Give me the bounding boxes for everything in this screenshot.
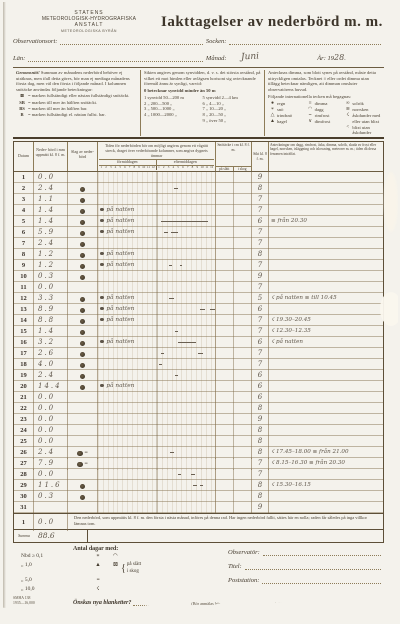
snow-flat-cell [216,260,234,271]
precipitation-cell: 2.4 [34,238,68,249]
instructions-block: Genomsnitt! Summan av månadens nederbörd… [13,67,384,139]
precip-type-cell [68,480,98,491]
time-grid-cell: på natten [98,205,216,216]
titel-blank [245,562,381,570]
snow-forest-cell [234,271,252,282]
remarks-cell [269,260,383,271]
time-grid-cell [98,436,216,447]
time-grid-cell: på natten [98,249,216,260]
tally-symbol-icon: ▲ [83,561,113,577]
snow-code-text: = marken fullständigt eller nästan fulls… [28,93,129,99]
agency-block: STATENS METEOROLOGISK-HYDROGRAFISKA ANST… [29,10,149,33]
snow-forest-cell [234,304,252,315]
table-row: 220.08 [14,403,383,414]
snow-flat-cell [216,205,234,216]
visibility-cell: 6 [252,337,269,348]
time-mark [161,353,164,354]
time-grid-cell [98,282,216,293]
precip-type-cell [68,348,98,359]
time-title: Tiden för nederbörden bör om möjligt ang… [99,143,214,159]
snow-cover-cell [216,260,252,271]
snow-flat-cell [216,337,234,348]
rain-symbol-icon [80,363,86,369]
weather-symbol-icon: < [343,125,352,136]
snow-code-item: ⊠= marken fullständigt eller nästan full… [16,93,137,99]
visibility-cell: 8 [252,480,269,491]
remarks-cell [269,502,383,513]
precipitation-cell [34,502,68,513]
remarks-cell: ☇ 19.30–20.45 [269,315,383,326]
date-cell: 13 [14,304,34,315]
remarks-cell [269,205,383,216]
snow-cover-cell [216,315,252,326]
precip-type-cell [68,238,98,249]
manad-handwritten: Juni [240,52,259,63]
remarks-cell [269,183,383,194]
table-row: 72.47 [14,238,383,249]
remarks-cell [269,227,383,238]
rain-symbol-icon [80,264,86,270]
table-row: 10.09 [14,172,383,183]
night-note: på natten [100,205,134,216]
table-row: 280.07 [14,469,383,480]
snow-forest-cell [234,238,252,249]
snow-code-item: SB= marken till mer än hälften snötäckt. [16,100,137,106]
tally-symbol-icon: ☇ [83,585,113,594]
table-row: 300.38 [14,491,383,502]
snow-flat-cell [216,304,234,315]
snow-flat-label: på slätt [127,561,141,569]
next-month-row: 1 0.0 Den nederbörd, som uppmätts kl. 8 … [14,513,383,530]
rain-symbol-icon [80,253,86,259]
table-row: 250.08 [14,436,383,447]
snow-forest-cell [234,469,252,480]
table-row: 184.07 [14,359,383,370]
rain-symbol-icon [80,385,86,391]
precipitation-cell: 0.0 [34,436,68,447]
table-row: 2911.68☇ 15.30–16.15 [14,480,383,491]
time-mark [164,232,168,233]
table-row: 22.48 [14,183,383,194]
precip-type-cell [68,436,98,447]
snow-flat-cell [216,315,234,326]
remarks-cell: ≡ från 20.30 [269,216,383,227]
precip-type-cell [68,194,98,205]
time-grid-cell: på natten [98,315,216,326]
precipitation-cell: 3.2 [34,337,68,348]
snow-forest-cell [234,183,252,194]
visibility-zero-line: 0 betecknar synvidd mindre än 50 m [144,88,261,94]
time-grid-cell [98,172,216,183]
time-grid-cell [98,326,216,337]
titel-label: Titel: [228,563,242,570]
rain-symbol-icon [80,341,86,347]
col-time-header: Tiden för nederbörden bör om möjligt ang… [98,142,216,171]
snow-forest-cell [234,425,252,436]
instructions-lead: Genomsnitt! [16,70,40,75]
snow-cover-cell [216,392,252,403]
visibility-cell: 7 [252,238,269,249]
visibility-cell: 7 [252,359,269,370]
time-grid-cell [98,370,216,381]
time-grid-cell [98,392,216,403]
tally-extra: ⊠{på slätti skog [113,561,228,577]
rain-symbol-icon [80,231,86,237]
rain-symbol-icon [100,340,104,344]
night-note: på natten [100,216,134,227]
date-cell: 16 [14,337,34,348]
time-grid-cell [98,502,216,513]
col-snow-header: Snötäcke i cm kl. 8 f. m. på slätt i sko… [216,142,252,171]
time-grid-cell [98,271,216,282]
remarks-cell: ☇ 15.30–16.15 [269,480,383,491]
date-cell: 20 [14,381,34,392]
remarks-cell [269,381,383,392]
snow-forest-cell [234,370,252,381]
snow-forest-cell [234,205,252,216]
remarks-cell [269,304,383,315]
precip-type-cell [68,469,98,480]
snow-forest-label: i skog [234,167,252,171]
new-forms-note: (Bör anmälas här med ordet "ja", innan a… [191,601,282,606]
precipitation-cell: 0.0 [34,172,68,183]
remarks-cell: ☇ 12.30–12.35 [269,326,383,337]
time-mark [171,232,178,233]
snow-cover-cell [216,502,252,513]
precip-type-cell [68,227,98,238]
snow-code-symbol: ⊠ [16,93,28,99]
visibility-cell: 7 [252,282,269,293]
legend-item: ▲hagel [268,119,306,125]
date-cell: 3 [14,194,34,205]
col-slag-header: Slag av neder- börd [68,142,98,171]
date-cell: 4 [14,205,34,216]
time-grid-cell: på natten [98,381,216,392]
visibility-scale-right: 5 synvidd 2—4 km6 „ 4—10 „7 „ 10—20 „8 „… [203,95,262,124]
snow-code-item: BS= marken till mer än hälften bar. [16,106,137,112]
time-mark [175,331,178,332]
ar-period: . [344,55,346,62]
precip-type-cell [68,183,98,194]
snow-cover-cell [216,403,252,414]
precip-type-cell [68,403,98,414]
col-nederbord-header: Neder- börd i mm uppmätt kl. 8 f. m. [34,142,68,171]
snow-flat-cell [216,172,234,183]
snow-cover-symbol-icon: ⊠ [113,561,118,577]
precip-type-cell [68,260,98,271]
time-mark [210,309,215,310]
date-cell: 30 [14,491,34,502]
legend-label: hagel [277,119,306,125]
precipitation-cell: 0.0 [34,282,68,293]
precip-type-cell [68,425,98,436]
visibility-scale-item: 9 „ över 50 „ [203,118,262,124]
precipitation-cell: 4.0 [34,359,68,370]
visibility-scale-item: 4 „ 1000—2000 „ [144,112,203,118]
rain-symbol-icon [80,308,86,314]
time-grid-cell [98,183,216,194]
rain-symbol-icon [80,352,86,358]
precipitation-cell: 8.8 [34,315,68,326]
precipitation-cell: 2.4 [34,183,68,194]
signature-block: Observatör: Titel: Poststation: [228,546,384,593]
scanned-form: STATENS METEOROLOGISK-HYDROGRAFISKA ANST… [0,0,400,624]
precipitation-cell: 0.3 [34,491,68,502]
paper-page: STATENS METEOROLOGISK-HYDROGRAFISKA ANST… [3,2,398,620]
snow-forest-cell [234,392,252,403]
snow-forest-cell [234,337,252,348]
fog-note-text: Antecknas dimma, som blott synes på avst… [268,70,381,93]
date-cell: 23 [14,414,34,425]
snow-flat-cell [216,436,234,447]
time-grid-cell [98,414,216,425]
precipitation-cell: 0.0 [34,403,68,414]
tally-rows: Nbd ≥ 0,1∗◠„ 1,0▲⊠{på slätti skog„ 5,0≡„… [21,552,228,593]
precipitation-cell: 1.2 [34,249,68,260]
snow-forest-cell [234,260,252,271]
snow-flat-cell [216,216,234,227]
visibility-cell: 8 [252,249,269,260]
em-hours: 123456789101112 [157,166,215,170]
time-grid-cell [98,480,216,491]
tally-row: „ 1,0▲⊠{på slätti skog [21,561,228,577]
precip-type-cell [68,370,98,381]
time-grid-cell: på natten [98,227,216,238]
legend-label: blixt utan åskdunder [352,125,381,136]
table-row: 210.06 [14,392,383,403]
rain-symbol-icon [80,220,86,226]
date-cell: 14 [14,315,34,326]
snow-forest-cell [234,502,252,513]
precipitation-cell: 2.4 [34,370,68,381]
precipitation-cell: 0.0 [34,392,68,403]
tally-row: „ 10,0☇ [21,585,228,594]
precip-type-cell [68,326,98,337]
snow-cover-cell [216,194,252,205]
remarks-cell [269,414,383,425]
precip-type-cell [68,172,98,183]
time-mark [191,474,195,475]
brace-glyph: { [121,561,126,577]
time-grid-cell [98,425,216,436]
date-cell: 29 [14,480,34,491]
rain-symbol-icon [77,451,83,457]
remarks-cell [269,491,383,502]
snow-forest-cell [234,227,252,238]
visibility-cell: 8 [252,491,269,502]
snow-forest-cell [234,216,252,227]
remarks-cell [269,436,383,447]
table-row: 163.2 på natten6☇ på natten [14,337,383,348]
snow-flat-cell [216,491,234,502]
precipitation-cell: 14.4 [34,381,68,392]
weather-symbol-icon: ▲ [268,119,277,125]
legend-column: ●regn∗snö△trindsnö▲hagel [268,101,306,136]
table-row: 151.47☇ 12.30–12.35 [14,326,383,337]
table-body: 10.0922.4831.1741.4 på natten751.4 på na… [14,172,383,513]
legend-item: <blixt utan åskdunder [343,125,381,136]
snow-cover-cell [216,480,252,491]
rain-symbol-icon [100,263,104,267]
table-row: 41.4 på natten7 [14,205,383,216]
precipitation-cell: 5.9 [34,227,68,238]
time-grid-cell [98,469,216,480]
snow-code-text: = marken till mer än hälften snötäckt. [28,100,97,106]
snow-flat-cell [216,403,234,414]
night-note: på natten [100,304,134,315]
precip-type-cell [68,337,98,348]
paper-stain [384,172,398,232]
snow-forest-cell [234,348,252,359]
col-anteckningar-header: Anteckningar om dagg, rimfrost, åska, di… [269,142,383,171]
new-forms-question: Önskas nya blanketter? [73,600,131,606]
snow-flat-cell [216,502,234,513]
table-row: 138.9 på natten6 [14,304,383,315]
snow-forest-cell [234,249,252,260]
precip-type-cell [68,271,98,282]
precipitation-cell: 0.0 [34,414,68,425]
legend-column: ∞solrök≋norrsken☇åskdunder med eller uta… [343,101,381,136]
visibility-cell: 8 [252,183,269,194]
form-footer: SMHA 138 1935—16,000 Önskas nya blankett… [13,596,382,606]
rain-symbol-icon [80,319,86,325]
time-grid-cell: på natten [98,216,216,227]
rain-symbol-icon [100,307,104,311]
night-note: på natten [100,293,134,304]
header-fields: Observationsort: Socken: Län: Månad: Jun… [13,38,384,64]
legend-item: ☇åskdunder med eller utan blixt [343,113,381,124]
summa-label: Summa [14,530,34,542]
table-row: 240.08 [14,425,383,436]
table-row: 31.17 [14,194,383,205]
fog-symbol-icon: ≡ [85,461,88,467]
table-header: Datum Neder- börd i mm uppmätt kl. 8 f. … [14,142,383,172]
table-row: 262.4≡8☇ 17.45–18.00 ≡ från 21.00 [14,447,383,458]
precip-type-cell [68,392,98,403]
rain-symbol-icon [80,242,86,248]
rain-symbol-icon [80,187,86,193]
form-number: SMHA 138 1935—16,000 [13,596,73,606]
time-mark [178,474,181,475]
form-title: Iakttagelser av nederbörd m. m. [161,14,383,31]
visibility-cell: 7 [252,227,269,238]
snow-flat-cell [216,227,234,238]
next-month-note: Den nederbörd, som uppmätts kl. 8 f. m. … [68,514,383,531]
snow-code-symbol: B [16,112,28,118]
manad-label: Månad: [206,55,227,62]
date-cell: 2 [14,183,34,194]
snow-code-list: ⊠= marken fullständigt eller nästan full… [16,93,137,117]
precip-type-cell [68,249,98,260]
hour-label: 12 [151,166,156,170]
visibility-cell: 6 [252,370,269,381]
snow-flat-cell [216,282,234,293]
visibility-cell: 7 [252,205,269,216]
snow-cover-cell [216,216,252,227]
snow-cover-cell [216,304,252,315]
precipitation-cell: 8.9 [34,304,68,315]
rain-symbol-icon [100,219,104,223]
new-forms-blank [133,600,183,606]
visibility-cell: 7 [252,260,269,271]
precip-type-cell [68,216,98,227]
form-header: STATENS METEOROLOGISK-HYDROGRAFISKA ANST… [13,8,384,38]
time-grid-cell: på natten [98,337,216,348]
next-month-value: 0.0 [34,514,68,531]
date-cell: 21 [14,392,34,403]
instructions-symbols: Antecknas dimma, som blott synes på avst… [265,70,384,136]
snow-flat-cell [216,194,234,205]
remarks-cell [269,469,383,480]
snow-flat-cell [216,183,234,194]
snow-code-symbol: SB [16,100,28,106]
snow-flat-cell [216,238,234,249]
date-cell: 1 [14,172,34,183]
snow-cover-cell [216,238,252,249]
table-row: 51.4 på natten6≡ från 20.30 [14,216,383,227]
snow-forest-label: i skog [127,568,141,576]
hour-numbers: 123456789101112 123456789101112 [99,165,214,170]
instructions-visibility: Sikten angives genom synvidden, d. v. s.… [141,70,265,136]
date-cell: 8 [14,249,34,260]
time-grid-cell [98,238,216,249]
table-row: 148.8 på natten7☇ 19.30–20.45 [14,315,383,326]
date-cell: 10 [14,271,34,282]
snow-flat-cell [216,480,234,491]
time-mark [180,265,182,266]
visibility-cell: 8 [252,436,269,447]
snow-forest-cell [234,172,252,183]
lan-label: Län: [13,55,25,62]
visibility-cell: 8 [252,425,269,436]
tally-block: Antal dagar med: Nbd ≥ 0,1∗◠„ 1,0▲⊠{på s… [13,546,228,593]
precip-type-cell [68,293,98,304]
visibility-cell: 7 [252,469,269,480]
remarks-cell: ☇ på natten ≡ till 10.45 [269,293,383,304]
table-row: 91.2 på natten7 [14,260,383,271]
visibility-cell: 7 [252,348,269,359]
snow-cover-cell [216,227,252,238]
snow-forest-cell [234,403,252,414]
snow-forest-cell [234,194,252,205]
rain-symbol-icon [80,297,86,303]
rain-symbol-icon [80,495,86,501]
table-row: 123.3 på natten5☇ på natten ≡ till 10.45 [14,293,383,304]
table-row: 192.46 [14,370,383,381]
rain-symbol-icon [100,384,104,388]
time-mark [200,485,203,486]
remarks-cell [269,172,383,183]
rain-symbol-icon [77,462,83,468]
precip-type-cell [68,502,98,513]
snow-cover-cell [216,425,252,436]
observator-blank [263,548,381,556]
table-row: 172.67 [14,348,383,359]
snow-cover-cell [216,271,252,282]
rain-symbol-icon [80,198,86,204]
summa-row: Summa 88.6 [14,530,88,542]
time-mark [198,353,203,354]
tally-label: „ 10,0 [21,585,83,594]
precip-type-cell [68,205,98,216]
snow-flat-cell [216,414,234,425]
agency-line: ANSTALT [29,22,149,28]
symbol-legend: ●regn∗snö△trindsnö▲hagel≡dimma◠dagg⌣rimf… [268,101,381,136]
tally-row: „ 5,0≡ [21,576,228,585]
rain-symbol-icon [100,230,104,234]
fm-hours: 123456789101112 [99,166,157,170]
snow-flat-cell [216,359,234,370]
